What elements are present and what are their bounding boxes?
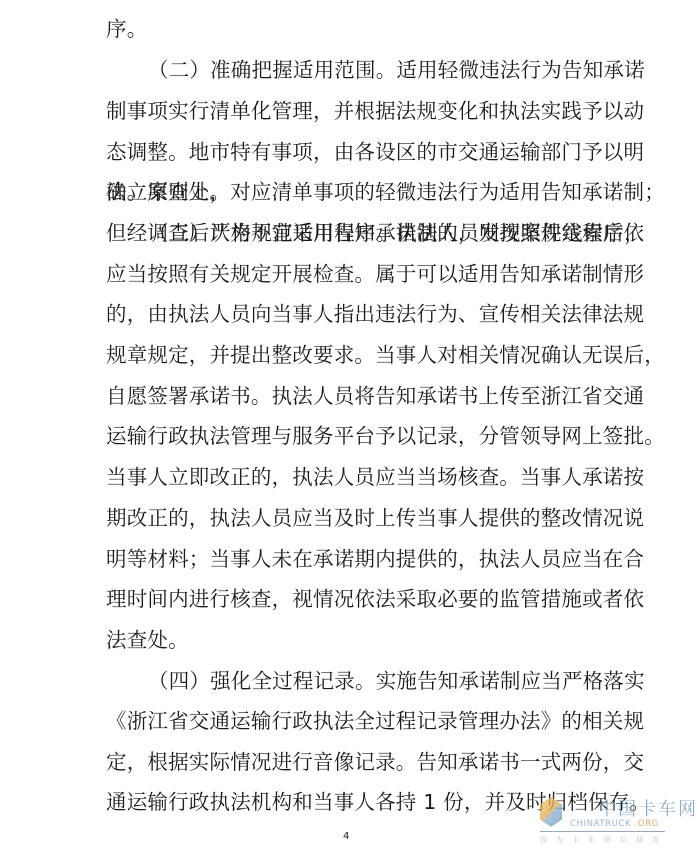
watermark-slogan: 因为卡车所以朋友: [540, 835, 668, 845]
document-line: 《浙江省交通运输行政执法全过程记录管理办法》的相关规: [106, 709, 596, 733]
watermark-cn-text: 中国卡车网: [598, 795, 698, 821]
document-line: 运输行政执法管理与服务平台予以记录，分管领导网上签批。: [106, 424, 596, 448]
document-line: （二）准确把握适用范围。适用轻微违法行为告知承诺: [106, 58, 638, 82]
watermark-divider: [540, 831, 665, 832]
document-line: 规章规定，并提出整改要求。当事人对相关情况确认无误后，: [106, 343, 596, 367]
document-line: 应当按照有关规定开展检查。属于可以适用告知承诺制情形: [106, 262, 596, 286]
document-line: （四）强化全过程记录。实施告知承诺制应当严格落实: [106, 669, 638, 693]
document-line: 明等材料；当事人未在承诺期内提供的，执法人员应当在合: [106, 547, 596, 571]
document-line: 定，根据实际情况进行音像记录。告知承诺书一式两份，交: [106, 750, 596, 774]
document-line: 自愿签署承诺书。执法人员将告知承诺书上传至浙江省交通: [106, 384, 596, 408]
document-line: 法查处。: [106, 628, 596, 652]
document-line: 当事人立即改正的，执法人员应当当场核查。当事人承诺按: [106, 465, 596, 489]
chinatruck-logo-icon: [540, 797, 562, 827]
document-line: 期改正的，执法人员应当及时上传当事人提供的整改情况说: [106, 506, 596, 530]
page-number: 4: [343, 831, 349, 842]
watermark-en-text: CHINATRUCK .ORG: [570, 819, 659, 829]
document-line: 态调整。地市特有事项，由各设区的市交通运输部门予以明: [106, 140, 596, 164]
document-line: 理时间内进行核查，视情况依法采取必要的监管措施或者依: [106, 587, 596, 611]
document-line: 序。: [106, 17, 596, 41]
document-line: 通运输行政执法机构和当事人各持 1 份，并及时归档保存。: [106, 790, 596, 814]
document-page: 序。（二）准确把握适用范围。适用轻微违法行为告知承诺制事项实行清单化管理，并根据…: [0, 0, 700, 855]
document-line: （三）严格规范适用程序。执法人员发现案件线索后，: [106, 221, 638, 245]
watermark-en-main: CHINATRUCK: [570, 819, 631, 829]
document-line: 法立案查处。: [106, 180, 596, 204]
chinatruck-watermark: 中国卡车网 CHINATRUCK .ORG 因为卡车所以朋友: [540, 795, 700, 855]
document-line: 制事项实行清单化管理，并根据法规变化和执法实践予以动: [106, 99, 596, 123]
document-line: 的，由执法人员向当事人指出违法行为、宣传相关法律法规: [106, 302, 596, 326]
watermark-en-suffix: .ORG: [635, 819, 659, 829]
